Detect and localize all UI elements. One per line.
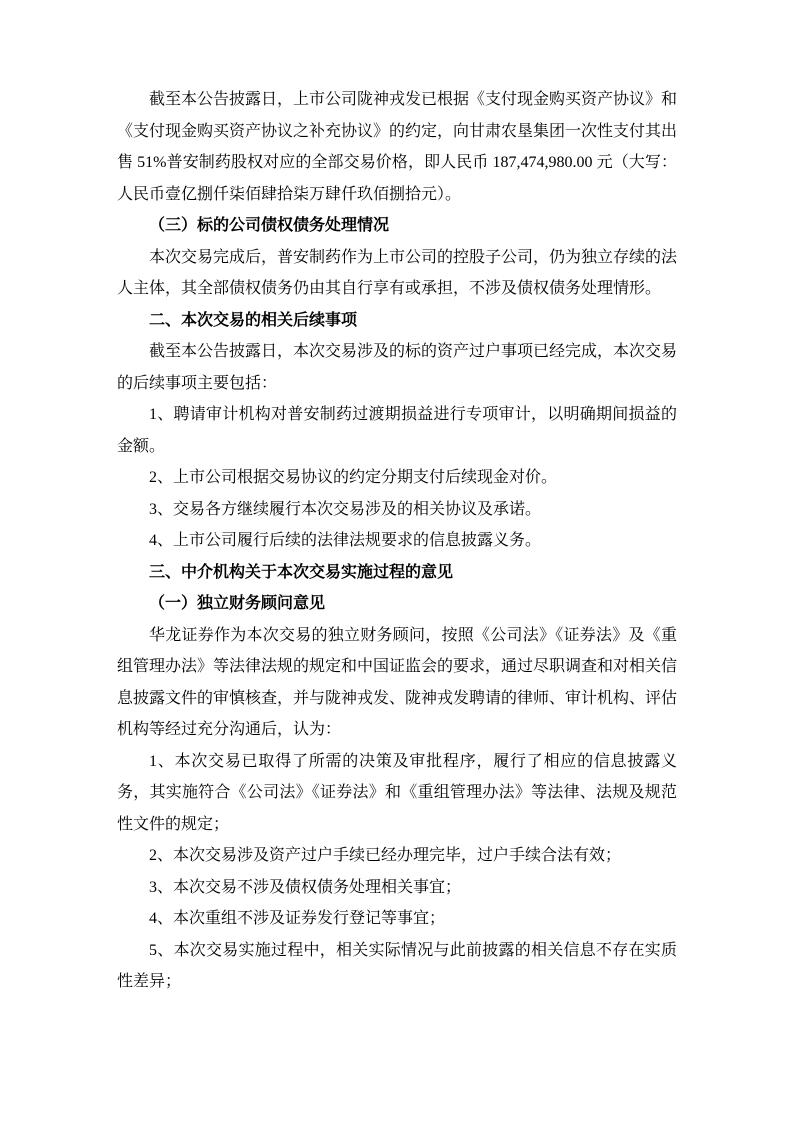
paragraph: 4、本次重组不涉及证券发行登记等事宜； bbox=[117, 903, 677, 935]
document-page: 截至本公告披露日，上市公司陇神戎发已根据《支付现金购买资产协议》和《支付现金购买… bbox=[0, 0, 793, 1122]
paragraph: 5、本次交易实施过程中，相关实际情况与此前披露的相关信息不存在实质性差异； bbox=[117, 935, 677, 998]
paragraph: 2、上市公司根据交易协议的约定分期支付后续现金对价。 bbox=[117, 462, 677, 494]
section-heading: （一）独立财务顾问意见 bbox=[117, 588, 677, 620]
paragraph: 4、上市公司履行后续的法律法规要求的信息披露义务。 bbox=[117, 525, 677, 557]
section-heading: 三、中介机构关于本次交易实施过程的意见 bbox=[117, 557, 677, 589]
paragraph: 3、交易各方继续履行本次交易涉及的相关协议及承诺。 bbox=[117, 494, 677, 526]
paragraph: 本次交易完成后，普安制药作为上市公司的控股子公司，仍为独立存续的法人主体，其全部… bbox=[117, 242, 677, 305]
paragraph: 2、本次交易涉及资产过户手续已经办理完毕，过户手续合法有效； bbox=[117, 840, 677, 872]
paragraph: 截至本公告披露日，上市公司陇神戎发已根据《支付现金购买资产协议》和《支付现金购买… bbox=[117, 84, 677, 210]
document-body: 截至本公告披露日，上市公司陇神戎发已根据《支付现金购买资产协议》和《支付现金购买… bbox=[117, 84, 677, 998]
section-heading: 二、本次交易的相关后续事项 bbox=[117, 305, 677, 337]
paragraph: 1、本次交易已取得了所需的决策及审批程序，履行了相应的信息披露义务，其实施符合《… bbox=[117, 746, 677, 841]
paragraph: 华龙证券作为本次交易的独立财务顾问，按照《公司法》《证券法》及《重组管理办法》等… bbox=[117, 620, 677, 746]
paragraph: 1、聘请审计机构对普安制药过渡期损益进行专项审计，以明确期间损益的金额。 bbox=[117, 399, 677, 462]
paragraph: 3、本次交易不涉及债权债务处理相关事宜； bbox=[117, 872, 677, 904]
paragraph: 截至本公告披露日，本次交易涉及的标的资产过户事项已经完成，本次交易的后续事项主要… bbox=[117, 336, 677, 399]
section-heading: （三）标的公司债权债务处理情况 bbox=[117, 210, 677, 242]
